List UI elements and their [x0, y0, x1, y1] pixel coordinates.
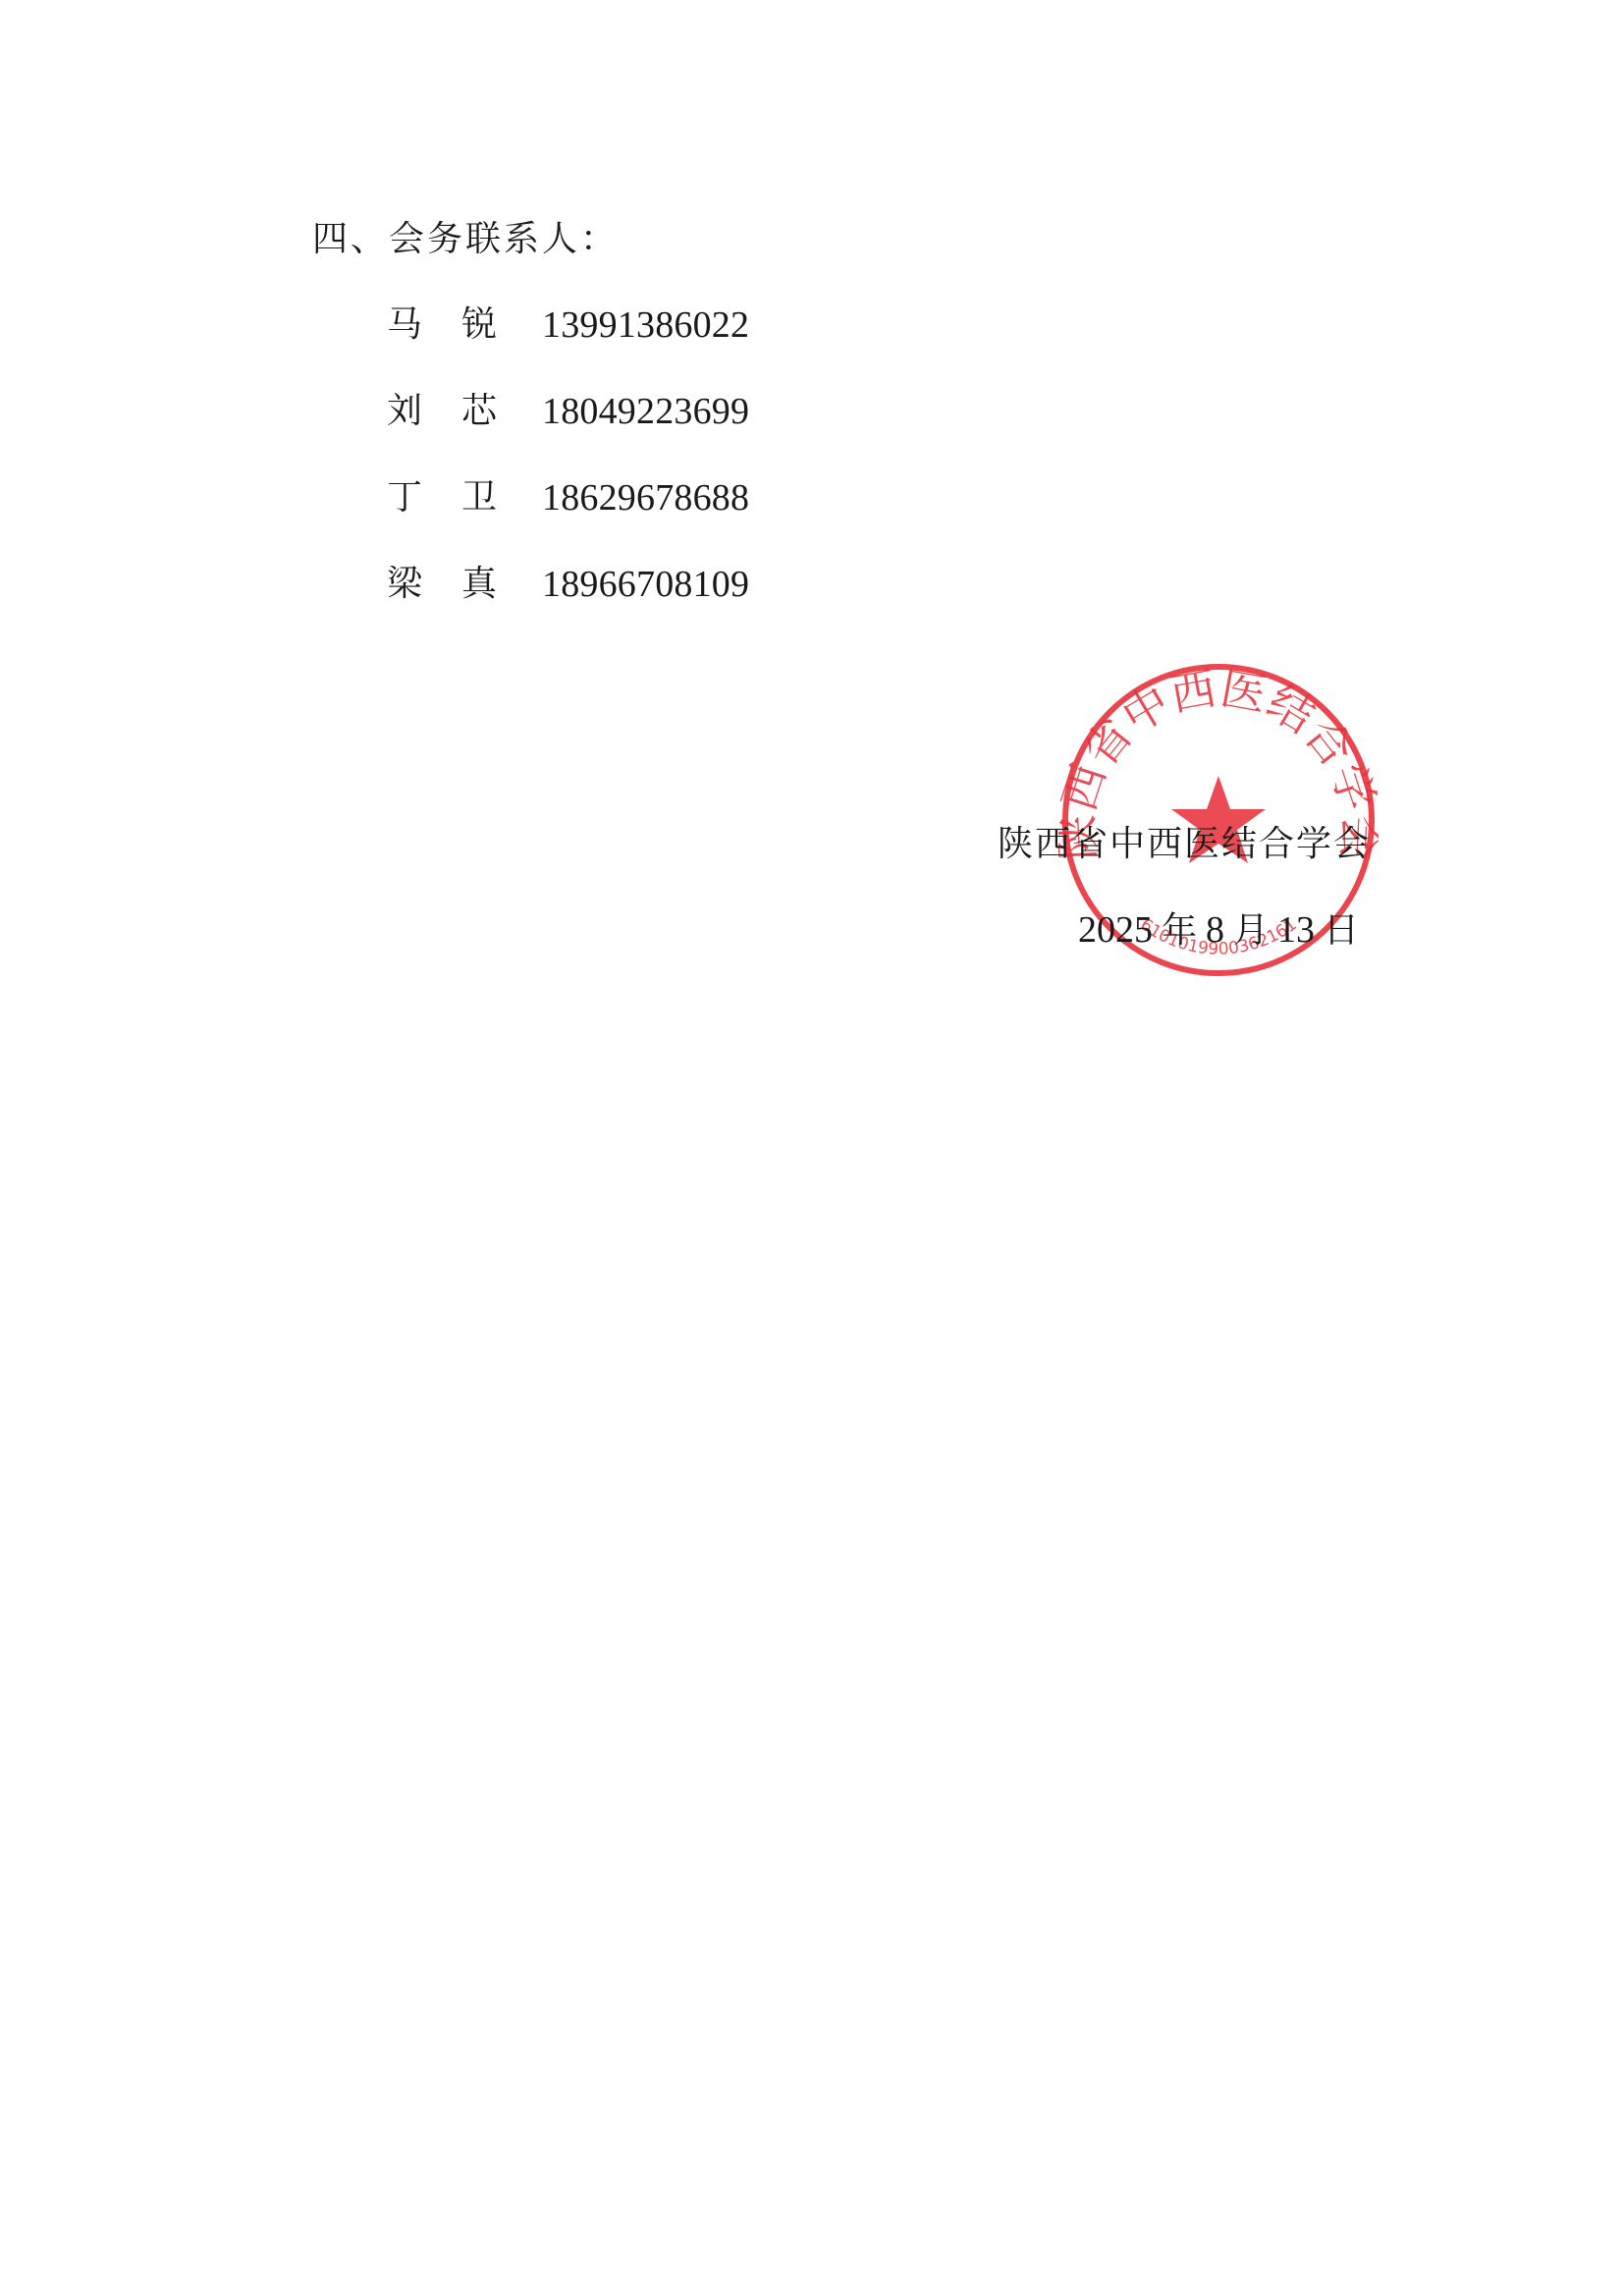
- contact-phone: 18629678688: [542, 476, 749, 519]
- contact-surname: 马: [387, 303, 422, 347]
- contact-surname: 刘: [387, 390, 422, 433]
- contact-phone: 18049223699: [542, 390, 749, 433]
- date-year-unit: 年: [1162, 910, 1197, 951]
- contact-surname: 丁: [387, 476, 422, 519]
- contact-phone: 13991386022: [542, 303, 749, 347]
- contact-given-name: 锐: [461, 303, 497, 347]
- date-month-unit: 月: [1233, 910, 1269, 951]
- date-month: 8: [1206, 909, 1224, 951]
- date-year: 2025: [1078, 909, 1153, 951]
- date-day-unit: 日: [1324, 910, 1359, 951]
- contact-given-name: 芯: [461, 390, 497, 433]
- contact-surname: 梁: [387, 563, 422, 606]
- signature-date: 2025 年 8 月 13 日: [1078, 908, 1359, 953]
- date-day: 13: [1277, 909, 1315, 951]
- contact-given-name: 卫: [461, 476, 497, 519]
- contact-phone: 18966708109: [542, 563, 749, 606]
- section-heading-contacts: 四、会务联系人：: [312, 218, 619, 261]
- signature-organization: 陕西省中西医结合学会: [998, 823, 1371, 866]
- contact-given-name: 真: [461, 563, 497, 606]
